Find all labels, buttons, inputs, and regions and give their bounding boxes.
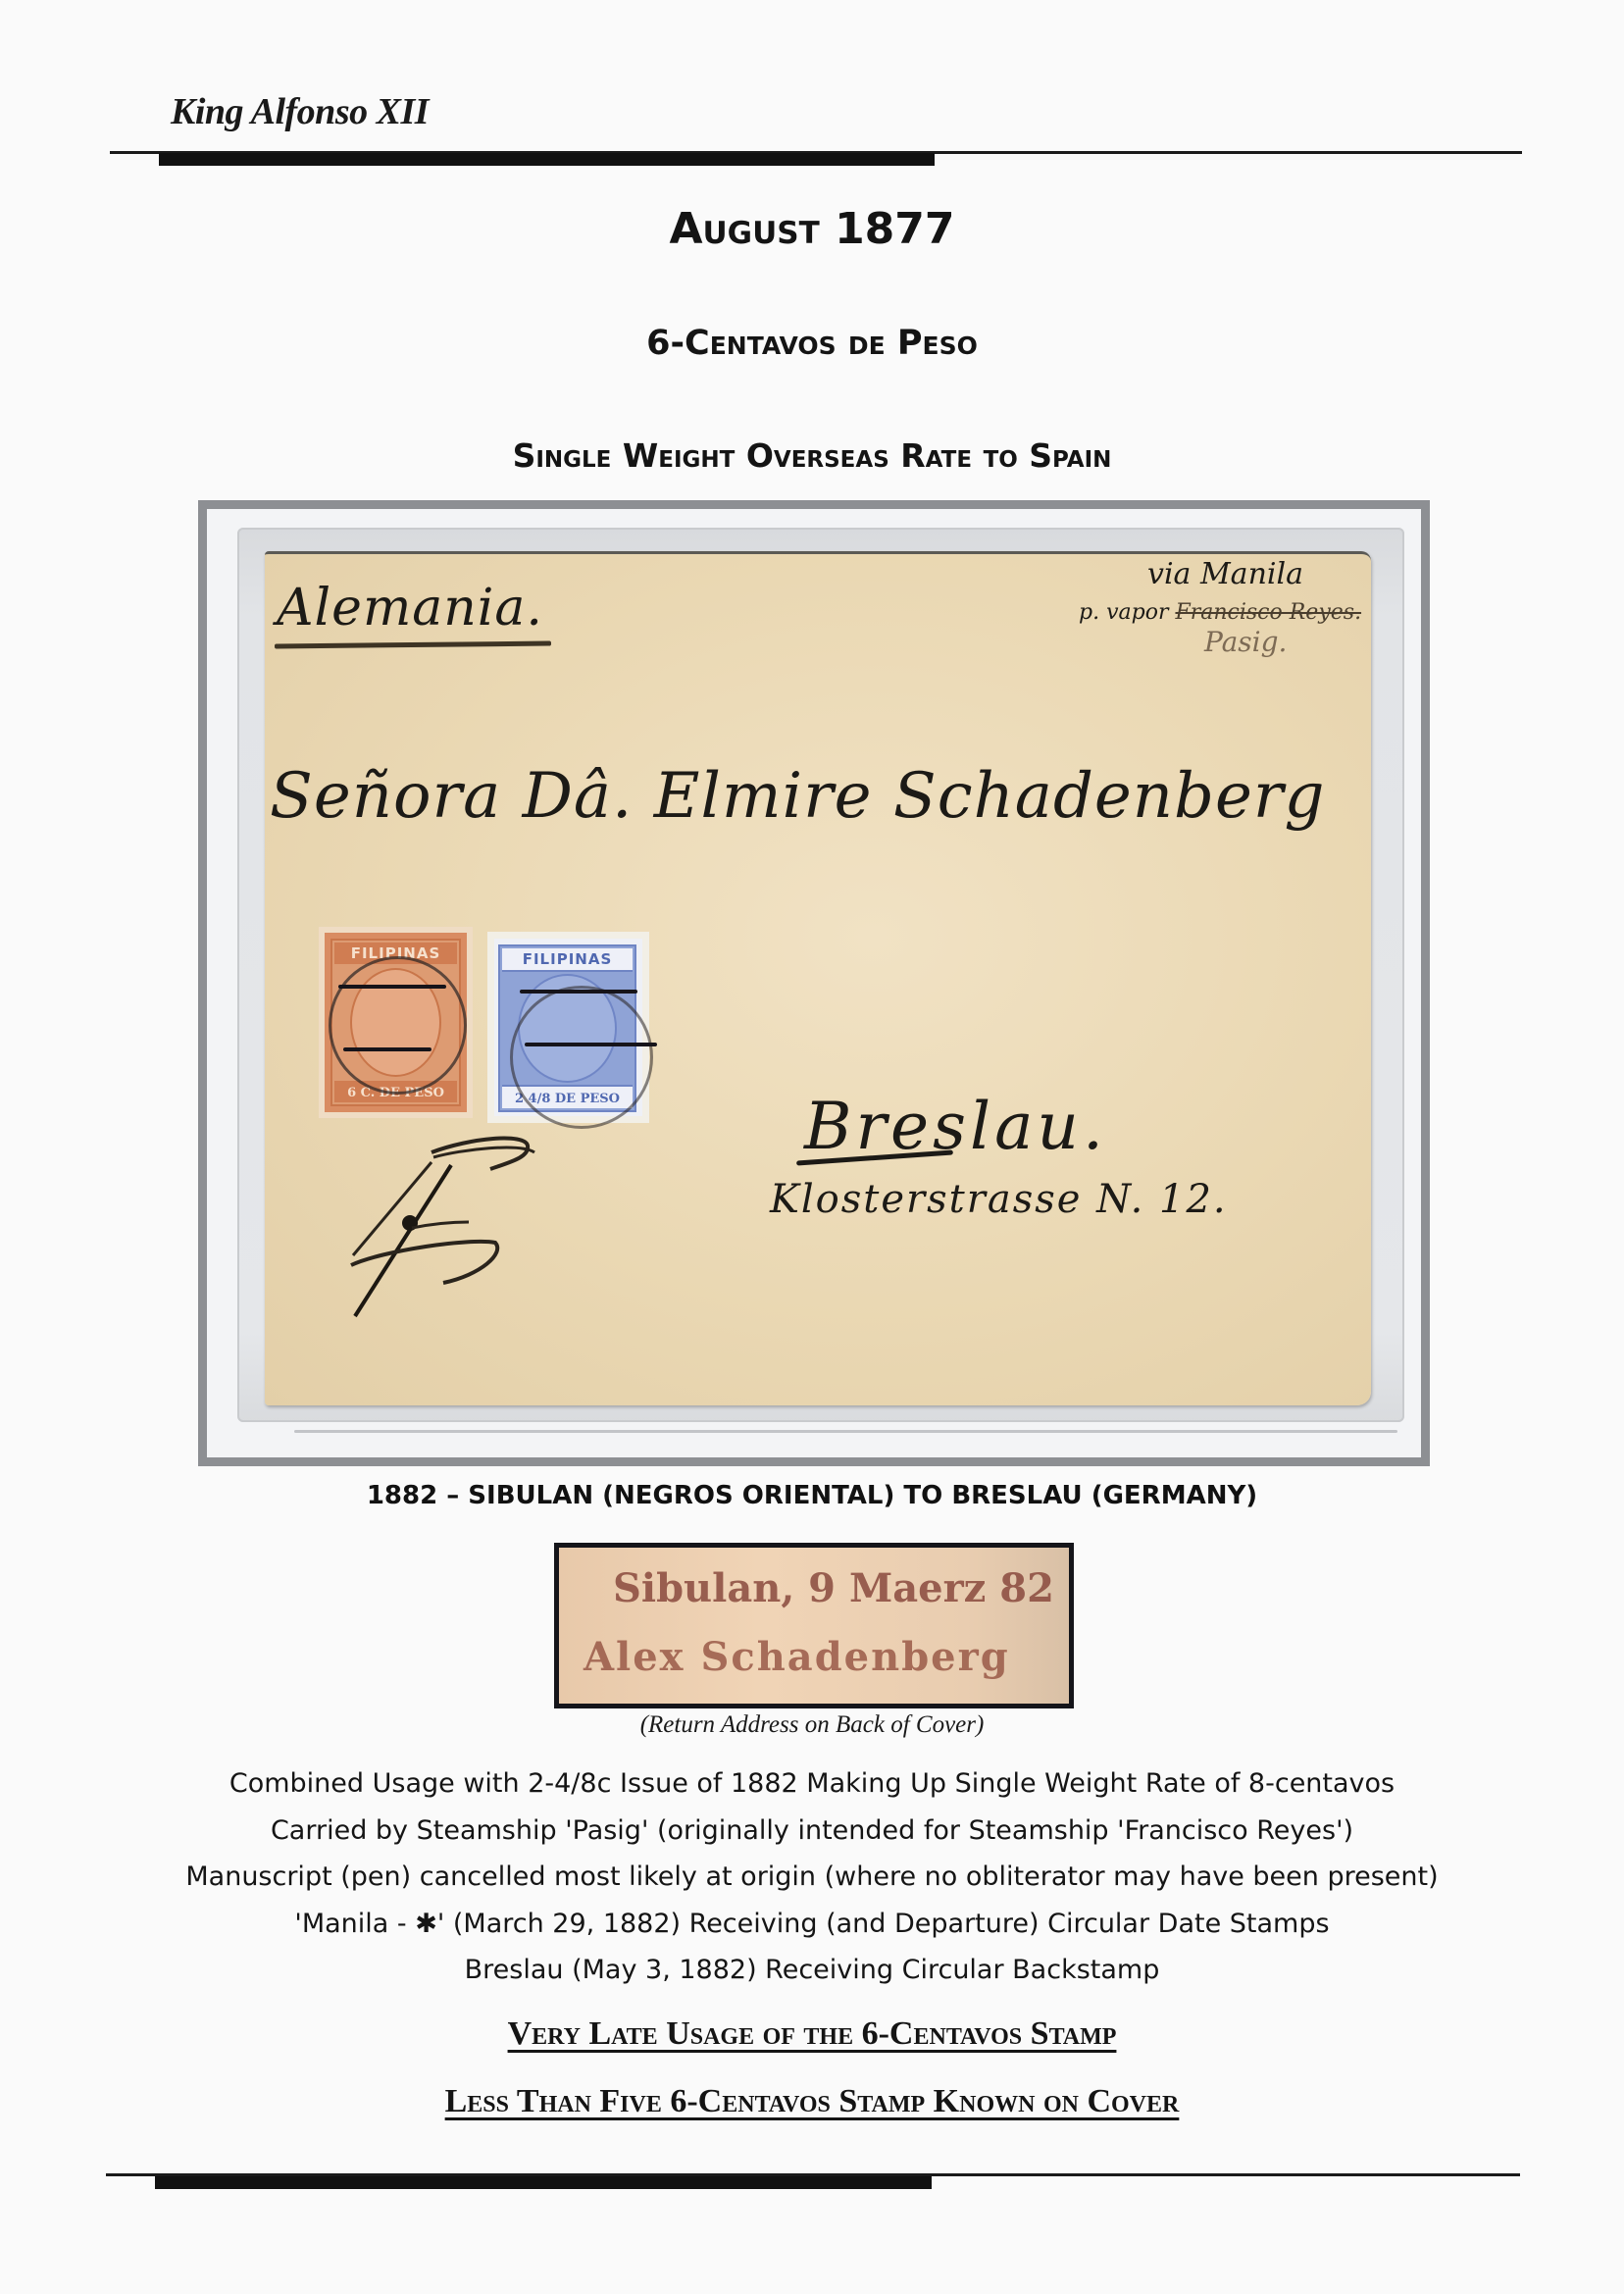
note-line: Manuscript (pen) cancelled most likely a… [0, 1854, 1624, 1901]
header-rule-thick [159, 153, 935, 166]
return-address-caption: (Return Address on Back of Cover) [0, 1711, 1624, 1739]
return-address-line2: Alex Schadenberg [584, 1634, 1010, 1680]
cds-postmark-icon [510, 986, 653, 1129]
mount-edge [294, 1430, 1397, 1433]
highlight-late-usage: Very Late Usage of the 6-Centavos Stamp [0, 2015, 1624, 2053]
route-caption: 1882 – SIBULAN (NEGROS ORIENTAL) TO BRES… [0, 1481, 1624, 1510]
rate-title: Single Weight Overseas Rate to Spain [0, 436, 1624, 475]
note-line: Combined Usage with 2-4/8c Issue of 1882… [0, 1760, 1624, 1808]
date-title: August 1877 [0, 204, 1624, 254]
cds-postmark-icon [329, 956, 467, 1095]
description-notes: Combined Usage with 2-4/8c Issue of 1882… [0, 1760, 1624, 1994]
highlight-rarity: Less Than Five 6-Centavos Stamp Known on… [0, 2083, 1624, 2120]
page-header-title: King Alfonso XII [171, 90, 429, 133]
note-line: Breslau (May 3, 1882) Receiving Circular… [0, 1947, 1624, 1994]
destination-street: Klosterstrasse N. 12. [770, 1177, 1228, 1222]
addressee: Señora Dâ. Elmire Schadenberg [270, 760, 1325, 833]
pen-cancel-stroke [525, 1043, 657, 1046]
pen-cancel-stroke [338, 985, 446, 989]
manuscript-mark-icon [324, 1128, 539, 1344]
routing-via: via Manila [1147, 557, 1303, 591]
pen-cancel-stroke [520, 990, 637, 994]
note-line: 'Manila - ✱' (March 29, 1882) Receiving … [0, 1901, 1624, 1948]
routing-replacement-ship: Pasig. [1204, 626, 1287, 658]
footer-rule-thick [155, 2176, 932, 2189]
return-address-inset: Sibulan, 9 Maerz 82 Alex Schadenberg [554, 1543, 1074, 1708]
stamp-title: 6-Centavos de Peso [0, 324, 1624, 363]
return-address-line1: Sibulan, 9 Maerz 82 [613, 1565, 1054, 1611]
pen-cancel-stroke [343, 1047, 431, 1051]
destination-city: Breslau. [804, 1089, 1107, 1164]
routing-struck-ship: Francisco Reyes. [1175, 600, 1361, 625]
stamp-country: FILIPINAS [500, 950, 634, 968]
routing-vapor: p. vapor Francisco Reyes. [1079, 600, 1361, 625]
destination-country: Alemania. [277, 579, 543, 637]
note-line: Carried by Steamship 'Pasig' (originally… [0, 1808, 1624, 1855]
routing-prefix: p. vapor [1079, 600, 1168, 625]
